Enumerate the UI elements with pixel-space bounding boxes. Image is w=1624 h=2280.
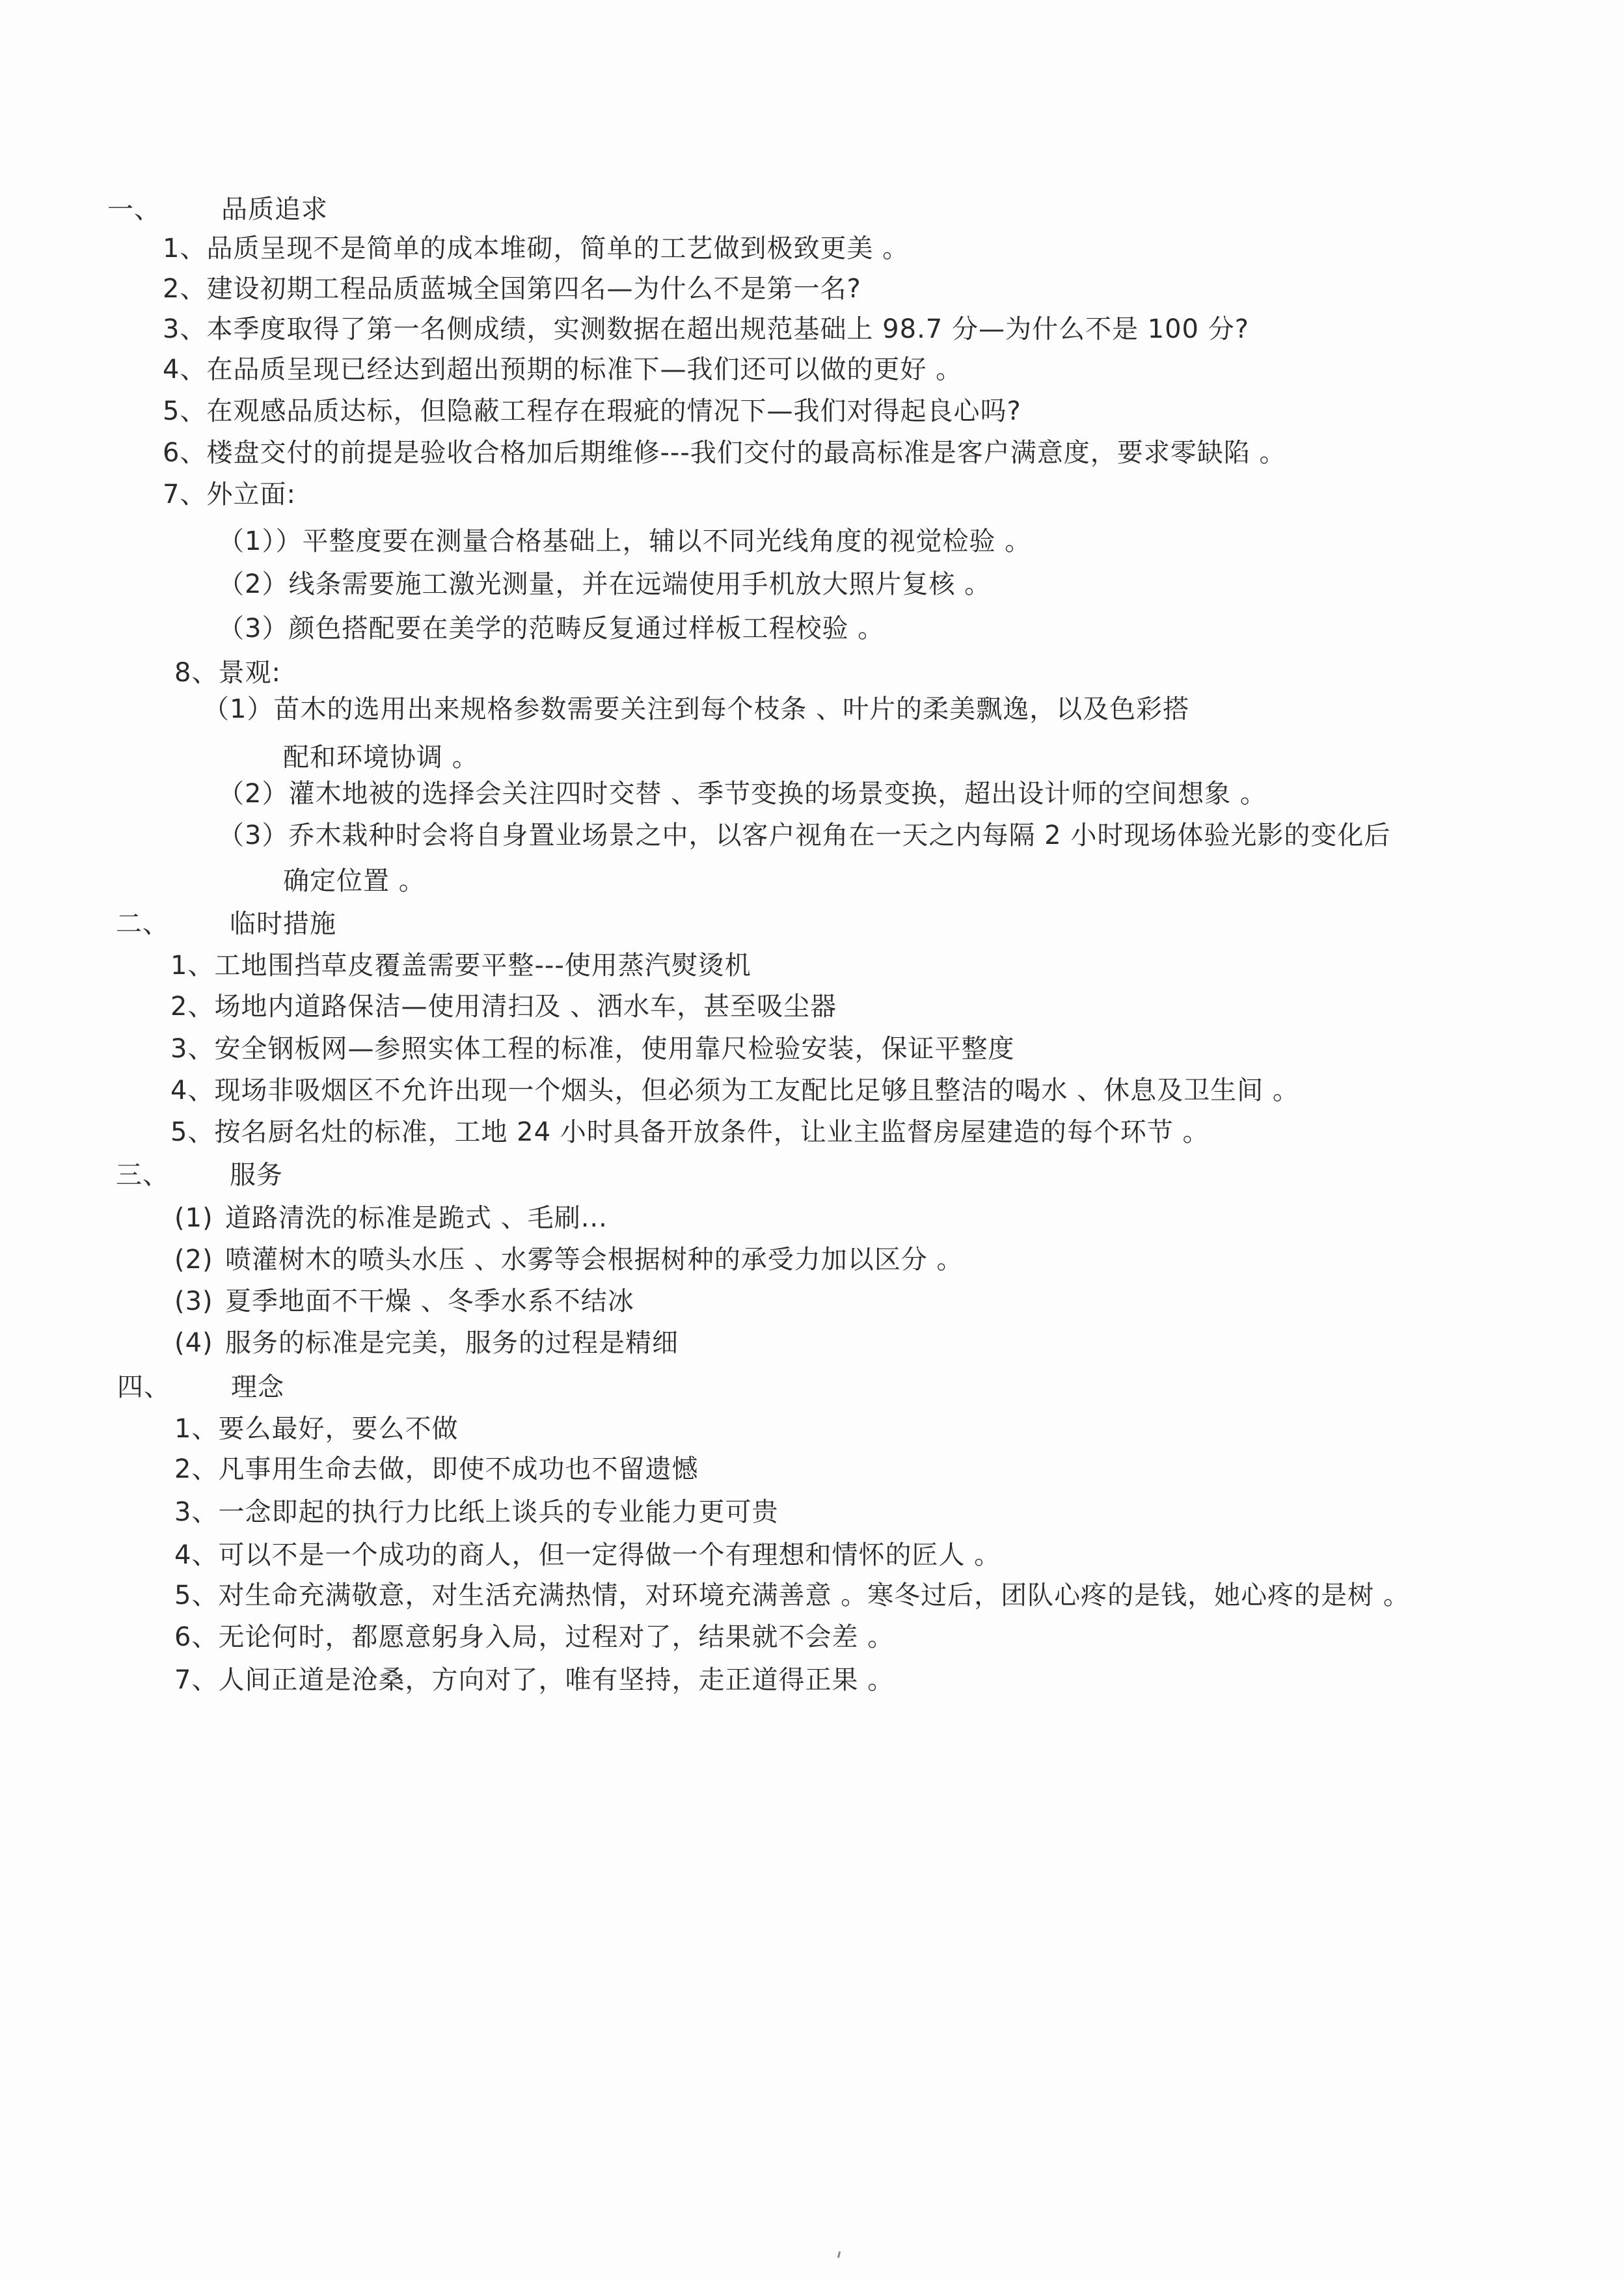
list-item: 2、场地内道路保洁—使用清扫及 、洒水车，甚至吸尘器 (170, 991, 837, 1022)
sub-item: （1））平整度要在测量合格基础上，辅以不同光线角度的视觉检验 。 (218, 526, 1031, 557)
sub-item: （3）乔木栽种时会将自身置业场景之中，以客户视角在一天之内每隔 2 小时现场体验… (218, 820, 1390, 851)
list-item: 2、凡事用生命去做，即使不成功也不留遗憾 (174, 1454, 698, 1485)
list-item-facade: 7、外立面: (163, 479, 296, 510)
sub-item: （2）线条需要施工激光测量，并在远端使用手机放大照片复核 。 (218, 569, 991, 600)
list-item: 3、一念即起的执行力比纸上谈兵的专业能力更可贵 (174, 1497, 778, 1528)
list-item: 4、在品质呈现已经达到超出预期的标准下—我们还可以做的更好 。 (163, 354, 962, 385)
list-item: 1、品质呈现不是简单的成本堆砌，简单的工艺做到极致更美 。 (163, 233, 909, 264)
list-item: 5、按名厨名灶的标准，工地 24 小时具备开放条件，让业主监督房屋建造的每个环节… (170, 1117, 1210, 1148)
list-item: (1)道路清洗的标准是跪式 、毛刷... (174, 1202, 608, 1234)
section-number: 一、 (107, 194, 221, 225)
list-item: 1、工地围挡草皮覆盖需要平整---使用蒸汽熨烫机 (170, 950, 751, 981)
section-number: 四、 (117, 1372, 231, 1403)
list-item: 3、安全钢板网—参照实体工程的标准，使用靠尺检验安装，保证平整度 (170, 1033, 1014, 1065)
list-item: 4、现场非吸烟区不允许出现一个烟头，但必须为工友配比足够且整洁的喝水 、休息及卫… (170, 1075, 1299, 1106)
section-title: 服务 (230, 1160, 283, 1190)
scan-speck (837, 2251, 841, 2258)
list-item: 2、建设初期工程品质蓝城全国第四名—为什么不是第一名? (163, 273, 861, 305)
section-heading-temporary-measures: 二、临时措施 (116, 908, 336, 940)
sub-item-continuation: 确定位置 。 (283, 865, 426, 897)
section-title: 理念 (231, 1372, 284, 1402)
list-item: (4)服务的标准是完美，服务的过程是精细 (174, 1327, 679, 1359)
sub-item-continuation: 配和环境协调 。 (283, 742, 479, 773)
list-item: 7、人间正道是沧桑，方向对了，唯有坚持，走正道得正果 。 (174, 1664, 894, 1696)
list-item: 5、对生命充满敬意，对生活充满热情，对环境充满善意 。寒冬过后，团队心疼的是钱，… (174, 1580, 1410, 1611)
list-item: (2)喷灌树木的喷头水压 、水雾等会根据树种的承受力加以区分 。 (174, 1244, 963, 1275)
list-item: 5、在观感品质达标，但隐蔽工程存在瑕疵的情况下—我们对得起良心吗? (163, 396, 1022, 427)
sub-item: （2）灌木地被的选择会关注四时交替 、季节变换的场景变换，超出设计师的空间想象 … (218, 778, 1267, 809)
list-item: 4、可以不是一个成功的商人，但一定得做一个有理想和情怀的匠人 。 (174, 1540, 1001, 1571)
list-item: (3)夏季地面不干燥 、冬季水系不结冰 (174, 1286, 634, 1317)
list-item: 6、楼盘交付的前提是验收合格加后期维修---我们交付的最高标准是客户满意度，要求… (163, 437, 1286, 468)
list-item: 3、本季度取得了第一名侧成绩，实测数据在超出规范基础上 98.7 分—为什么不是… (163, 314, 1249, 345)
sub-item: （1）苗木的选用出来规格参数需要关注到每个枝条 、叶片的柔美飘逸，以及色彩搭 (203, 694, 1189, 725)
scanned-page: 一、品质追求 1、品质呈现不是简单的成本堆砌，简单的工艺做到极致更美 。 2、建… (0, 0, 1624, 2280)
list-item: 6、无论何时，都愿意躬身入局，过程对了，结果就不会差 。 (174, 1622, 894, 1653)
section-title: 品质追求 (221, 195, 328, 224)
section-heading-service: 三、服务 (116, 1160, 283, 1191)
section-heading-quality: 一、品质追求 (107, 194, 328, 225)
section-number: 二、 (116, 908, 230, 940)
section-title: 临时措施 (230, 909, 336, 939)
sub-item: （3）颜色搭配要在美学的范畴反复通过样板工程校验 。 (218, 613, 884, 644)
list-item-landscape: 8、景观: (174, 657, 281, 688)
section-number: 三、 (116, 1160, 230, 1191)
list-item: 1、要么最好，要么不做 (174, 1413, 458, 1445)
section-heading-philosophy: 四、理念 (117, 1372, 284, 1403)
